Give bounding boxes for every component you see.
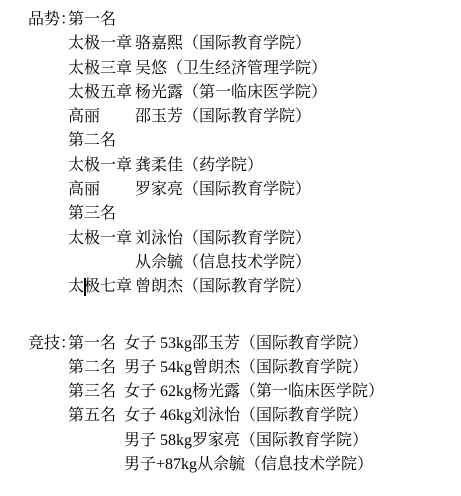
poomsae-result-row: 太极一章龚柔佳（药学院）: [0, 154, 461, 178]
sparring-section: 竞技：第一名女子 53kg邵玉芳（国际教育学院） 第二名男子 54kg曾朗杰（国…: [0, 332, 461, 478]
poomsae-section-label: 品势：: [28, 8, 68, 32]
poomsae-result-row: 太极一章骆嘉熙（国际教育学院）: [0, 32, 461, 56]
weight-class: 男子 58kg: [124, 429, 192, 453]
document-text-area[interactable]: 品势：第一名 太极一章骆嘉熙（国际教育学院） 太极三章吴悠（卫生经济管理学院） …: [0, 0, 461, 496]
athlete-college: （信息技术学院）: [245, 456, 373, 473]
rank-text: 第五名: [68, 404, 124, 428]
athlete-name: 刘泳怡: [135, 230, 183, 247]
poomsae-result-row: 高丽邵玉芳（国际教育学院）: [0, 105, 461, 129]
weight-class: 女子 62kg: [124, 380, 192, 404]
athlete-college: （国际教育学院）: [183, 35, 311, 52]
athlete-name: 从佘毓: [197, 456, 245, 473]
weight-class: 女子 46kg: [124, 404, 192, 428]
event-name: 太极一章: [68, 154, 135, 178]
sparring-result-row: 第三名女子 62kg杨光露（第一临床医学院）: [0, 380, 461, 404]
event-name: 太极五章: [68, 81, 135, 105]
sparring-result-row: 竞技：第一名女子 53kg邵玉芳（国际教育学院）: [0, 332, 461, 356]
athlete-college: （国际教育学院）: [183, 230, 311, 247]
event-name: 太极三章: [68, 57, 135, 81]
rank-text: 第二名: [68, 356, 124, 380]
athlete-name: 杨光露: [192, 383, 240, 400]
poomsae-result-row: 太极七章曾朗杰（国际教育学院）: [0, 275, 461, 299]
weight-class: 男子 54kg: [124, 356, 192, 380]
athlete-name: 杨光露: [135, 84, 183, 101]
rank-text: 第一名: [68, 11, 116, 28]
poomsae-section: 品势：第一名 太极一章骆嘉熙（国际教育学院） 太极三章吴悠（卫生经济管理学院） …: [0, 8, 461, 300]
athlete-name: 邵玉芳: [192, 335, 240, 352]
poomsae-rank-row: 品势：第一名: [0, 8, 461, 32]
poomsae-rank-row: 第三名: [0, 202, 461, 226]
sparring-result-row: 男子+87kg从佘毓（信息技术学院）: [0, 453, 461, 477]
athlete-college: （信息技术学院）: [183, 254, 311, 271]
athlete-college: （卫生经济管理学院）: [167, 60, 327, 77]
athlete-name: 吴悠: [135, 60, 167, 77]
poomsae-result-row: 太极三章吴悠（卫生经济管理学院）: [0, 57, 461, 81]
athlete-name: 曾朗杰: [192, 359, 240, 376]
rank-text: 第一名: [68, 332, 124, 356]
athlete-college: （国际教育学院）: [183, 278, 311, 295]
athlete-name: 曾朗杰: [135, 278, 183, 295]
athlete-college: （国际教育学院）: [240, 407, 368, 424]
weight-class: 女子 53kg: [124, 332, 192, 356]
athlete-college: （第一临床医学院）: [183, 84, 327, 101]
athlete-name: 罗家亮: [135, 181, 183, 198]
rank-text: 第三名: [68, 380, 124, 404]
athlete-college: （国际教育学院）: [240, 359, 368, 376]
athlete-college: （第一临床医学院）: [240, 383, 384, 400]
event-name: 高丽: [68, 178, 135, 202]
athlete-name: 刘泳怡: [192, 407, 240, 424]
event-name: 太极一章: [68, 227, 135, 251]
athlete-college: （国际教育学院）: [240, 432, 368, 449]
poomsae-result-row: 高丽罗家亮（国际教育学院）: [0, 178, 461, 202]
athlete-name: 从佘毓: [135, 254, 183, 271]
poomsae-result-row: 太极一章刘泳怡（国际教育学院）: [0, 227, 461, 251]
poomsae-rank-row: 第二名: [0, 129, 461, 153]
rank-text: 第三名: [68, 205, 116, 222]
event-name: 太极一章: [68, 32, 135, 56]
poomsae-result-row: 从佘毓（信息技术学院）: [0, 251, 461, 275]
weight-class: 男子+87kg: [124, 453, 197, 477]
athlete-college: （药学院）: [183, 157, 263, 174]
athlete-college: （国际教育学院）: [240, 335, 368, 352]
athlete-name: 龚柔佳: [135, 157, 183, 174]
rank-text: 第二名: [68, 132, 116, 149]
event-name: 太极七章: [68, 275, 135, 299]
sparring-section-label: 竞技：: [28, 332, 68, 356]
sparring-result-row: 第二名男子 54kg曾朗杰（国际教育学院）: [0, 356, 461, 380]
athlete-name: 骆嘉熙: [135, 35, 183, 52]
athlete-name: 罗家亮: [192, 432, 240, 449]
sparring-result-row: 第五名女子 46kg刘泳怡（国际教育学院）: [0, 404, 461, 428]
athlete-college: （国际教育学院）: [183, 108, 311, 125]
event-name: 高丽: [68, 105, 135, 129]
text-cursor: [84, 278, 86, 296]
poomsae-result-row: 太极五章杨光露（第一临床医学院）: [0, 81, 461, 105]
sparring-result-row: 男子 58kg罗家亮（国际教育学院）: [0, 429, 461, 453]
athlete-name: 邵玉芳: [135, 108, 183, 125]
athlete-college: （国际教育学院）: [183, 181, 311, 198]
